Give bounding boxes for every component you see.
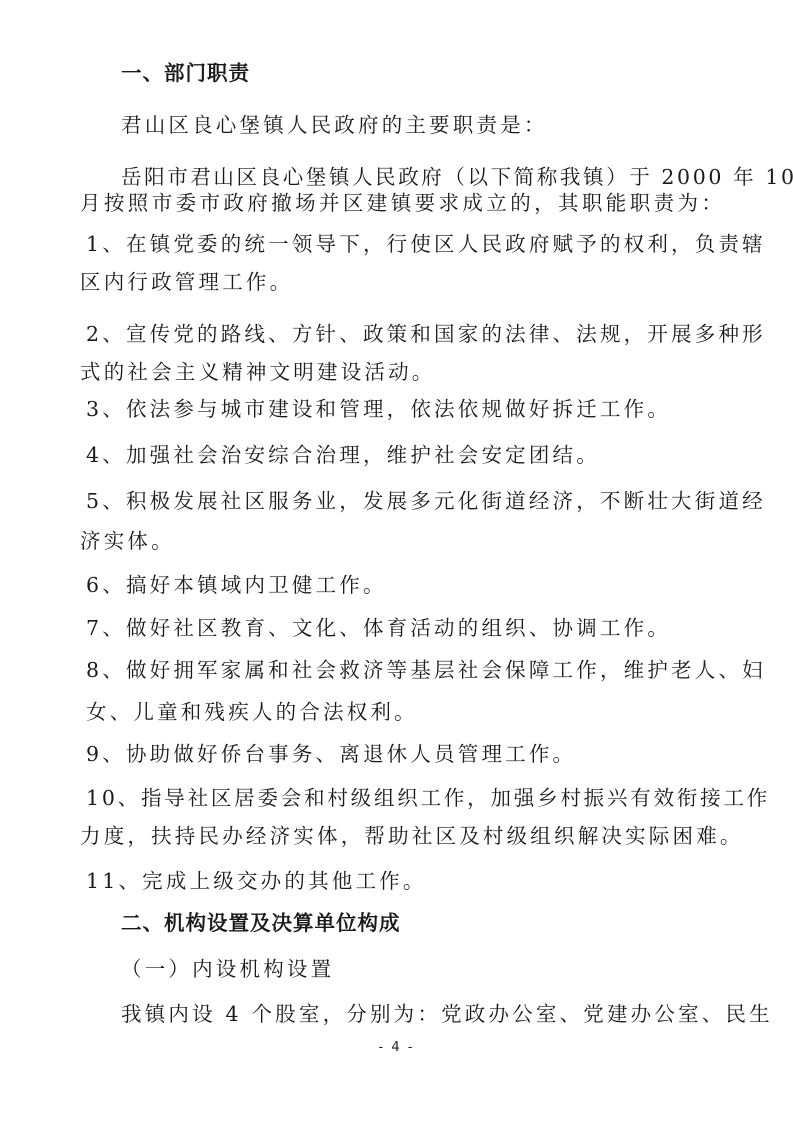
duty-item-8-line1: 8、做好拥军家属和社会救济等基层社会保障工作，维护老人、妇 <box>86 656 766 684</box>
duty-item-9: 9、协助做好侨台事务、离退休人员管理工作。 <box>86 740 576 768</box>
subsection-heading-internal-structure: （一）内设机构设置 <box>121 955 334 983</box>
duty-item-8-line2: 女、儿童和残疾人的合法权利。 <box>86 698 418 726</box>
duty-item-5-line1: 5、积极发展社区服务业，发展多元化街道经济，不断壮大街道经 <box>86 487 766 515</box>
paragraph-internal-departments-line1: 我镇内设 4 个股室，分别为：党政办公室、党建办公室、民生 <box>121 1000 773 1028</box>
section-heading-organization: 二、机构设置及决算单位构成 <box>121 909 401 937</box>
duty-item-3: 3、依法参与城市建设和管理，依法依规做好拆迁工作。 <box>86 395 671 423</box>
document-page: 一、部门职责 君山区良心堡镇人民政府的主要职责是： 岳阳市君山区良心堡镇人民政府… <box>0 0 793 1122</box>
duty-item-4: 4、加强社会治安综合治理，维护社会安定团结。 <box>86 441 600 469</box>
duty-item-7: 7、做好社区教育、文化、体育活动的组织、协调工作。 <box>86 614 671 642</box>
intro-paragraph: 君山区良心堡镇人民政府的主要职责是： <box>121 111 548 139</box>
duty-item-5-line2: 济实体。 <box>80 527 175 555</box>
duty-item-11: 11、完成上级交办的其他工作。 <box>86 867 427 895</box>
section-heading-department-duties: 一、部门职责 <box>121 59 250 87</box>
duty-item-1-line2: 区内行政管理工作。 <box>80 268 293 296</box>
duty-item-6: 6、搞好本镇域内卫健工作。 <box>86 571 387 599</box>
paragraph-establishment-line1: 岳阳市君山区良心堡镇人民政府（以下简称我镇）于 2000 年 10 <box>121 163 793 191</box>
duty-item-10-line2: 力度，扶持民办经济实体，帮助社区及村级组织解决实际困难。 <box>80 822 744 850</box>
paragraph-establishment-line2: 月按照市委市政府撤场并区建镇要求成立的，其职能职责为： <box>80 189 725 217</box>
duty-item-1-line1: 1、在镇党委的统一领导下，行使区人民政府赋予的权利，负责辖 <box>86 230 766 258</box>
duty-item-2-line2: 式的社会主义精神文明建设活动。 <box>80 358 436 386</box>
duty-item-2-line1: 2、宣传党的路线、方针、政策和国家的法律、法规，开展多种形 <box>86 320 766 348</box>
duty-item-10-line1: 10、指导社区居委会和村级组织工作，加强乡村振兴有效衔接工作 <box>86 784 770 812</box>
page-number: - 4 - <box>0 1040 793 1055</box>
